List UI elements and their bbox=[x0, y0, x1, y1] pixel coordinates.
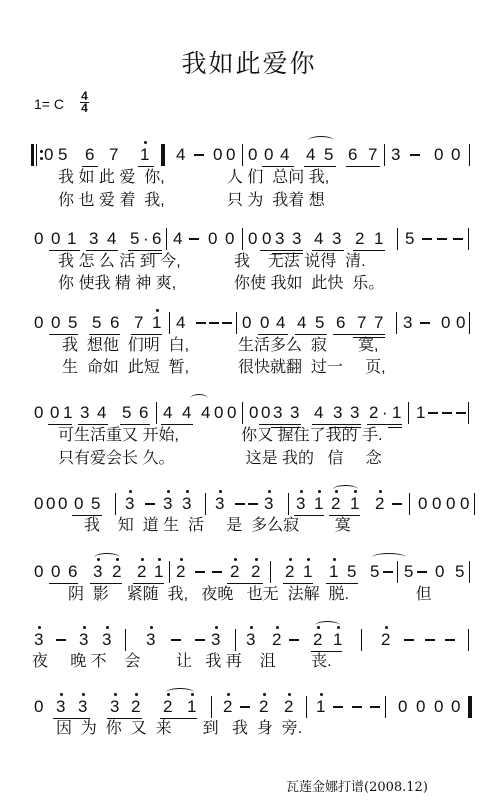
note-high-octave: 2 bbox=[284, 697, 293, 717]
barline bbox=[397, 228, 398, 250]
sustain-dash bbox=[383, 571, 393, 573]
note-high-octave: 1 bbox=[316, 697, 325, 717]
notes-row: 001345·6400003343215 bbox=[0, 229, 498, 251]
note-high-octave: 3 bbox=[182, 494, 191, 514]
barline bbox=[468, 228, 469, 250]
barline bbox=[166, 228, 167, 250]
beam-underline bbox=[90, 583, 122, 584]
beam-underline bbox=[262, 166, 294, 167]
note: 0 bbox=[264, 145, 273, 165]
sustain-dash bbox=[392, 503, 402, 505]
note: 4 bbox=[276, 313, 285, 333]
note: 0 bbox=[208, 229, 217, 249]
note: 6 bbox=[139, 403, 148, 423]
sustain-dash bbox=[56, 639, 66, 641]
notes-row: 056714000044567300 bbox=[0, 145, 498, 167]
barline bbox=[242, 228, 243, 250]
note: 3 bbox=[403, 313, 412, 333]
note: 0 bbox=[261, 403, 270, 423]
beam-underline bbox=[89, 334, 120, 335]
note: 0 bbox=[242, 313, 251, 333]
note: 0 bbox=[213, 145, 222, 165]
tie-arc bbox=[94, 553, 120, 562]
note-high-octave: 2 bbox=[131, 697, 140, 717]
barline bbox=[385, 696, 386, 718]
barline bbox=[361, 629, 362, 651]
note: 0 bbox=[456, 313, 465, 333]
note-high-octave: 1 bbox=[303, 562, 312, 582]
note-high-octave: 3 bbox=[146, 630, 155, 650]
note: 0 bbox=[34, 494, 43, 514]
note: 4 bbox=[314, 229, 323, 249]
time-signature: 4 4 bbox=[80, 91, 89, 114]
note: 0 bbox=[214, 403, 223, 423]
barline bbox=[236, 312, 237, 334]
sustain-dash bbox=[240, 706, 250, 708]
beam-underline bbox=[259, 424, 301, 425]
tie-arc bbox=[372, 553, 406, 562]
note: 5 bbox=[130, 229, 139, 249]
barline bbox=[468, 402, 469, 424]
note-high-octave: 1 bbox=[152, 313, 161, 333]
barline bbox=[474, 493, 475, 515]
note: 0 bbox=[34, 403, 43, 423]
sustain-dash bbox=[352, 706, 362, 708]
sustain-dash bbox=[235, 503, 245, 505]
barline bbox=[288, 493, 289, 515]
note-high-octave: 3 bbox=[211, 630, 220, 650]
beam-underline bbox=[312, 424, 361, 425]
sustain-dash bbox=[212, 571, 222, 573]
note: 3 bbox=[273, 403, 282, 423]
lyric-text: 只有爱会长 久。 这是 我的 信 念 bbox=[58, 449, 382, 469]
barline bbox=[115, 493, 116, 515]
double-barline bbox=[161, 144, 165, 166]
note-high-octave: 2 bbox=[375, 494, 384, 514]
note: 5 bbox=[91, 494, 100, 514]
note-high-octave: 3 bbox=[125, 494, 134, 514]
barline bbox=[242, 144, 243, 166]
sustain-dash bbox=[289, 639, 299, 641]
sustain-dash bbox=[209, 322, 219, 324]
barline bbox=[469, 144, 470, 166]
note-high-octave: 1 bbox=[187, 697, 196, 717]
note: 6 bbox=[348, 145, 357, 165]
note: 0 bbox=[44, 145, 53, 165]
sustain-dash bbox=[195, 571, 205, 573]
sustain-dash bbox=[404, 639, 414, 641]
note: 0 bbox=[248, 229, 257, 249]
note: 7 bbox=[109, 145, 118, 165]
note: 4 bbox=[182, 403, 191, 423]
note-high-octave: 3 bbox=[264, 494, 273, 514]
barline bbox=[397, 561, 398, 583]
note: 0 bbox=[446, 494, 455, 514]
barline bbox=[235, 629, 236, 651]
note: 6 bbox=[85, 145, 94, 165]
note: 4 bbox=[176, 313, 185, 333]
note: 3 bbox=[290, 403, 299, 423]
barline bbox=[384, 144, 385, 166]
note: 1 bbox=[67, 229, 76, 249]
lyric-text: 阴 影 紧随 我, 夜晚 也无 法解 脱. 但 bbox=[68, 585, 432, 605]
note-high-octave: 1 bbox=[140, 145, 149, 165]
note-high-octave: 1 bbox=[154, 562, 163, 582]
beam-underline bbox=[326, 583, 358, 584]
note-high-octave: 2 bbox=[223, 697, 232, 717]
barline bbox=[169, 561, 170, 583]
beam-underline bbox=[138, 166, 154, 167]
sustain-dash bbox=[420, 322, 430, 324]
sustain-dash bbox=[445, 639, 455, 641]
note-high-octave: 2 bbox=[259, 697, 268, 717]
beam-underline bbox=[161, 424, 193, 425]
key-signature: 1= C bbox=[34, 96, 64, 112]
note-high-octave: 3 bbox=[110, 697, 119, 717]
beam-underline bbox=[346, 166, 380, 167]
note: 3 bbox=[275, 229, 284, 249]
barline bbox=[409, 493, 410, 515]
beam-underline bbox=[128, 250, 162, 251]
beam-underline bbox=[120, 424, 150, 425]
beam-underline bbox=[49, 250, 80, 251]
beam-underline bbox=[48, 424, 72, 425]
sustain-dash bbox=[248, 503, 258, 505]
note: 0 bbox=[46, 494, 55, 514]
sustain-dash bbox=[456, 412, 466, 414]
note: 4 bbox=[97, 403, 106, 423]
note: 4 bbox=[163, 403, 172, 423]
barline bbox=[125, 629, 126, 651]
note: 5 bbox=[315, 313, 324, 333]
note: 0 bbox=[51, 313, 60, 333]
note: 4 bbox=[306, 145, 315, 165]
note: 5 bbox=[122, 403, 131, 423]
sustain-dash bbox=[145, 503, 155, 505]
note-high-octave: 2 bbox=[176, 562, 185, 582]
lyric-text: 生 命如 此短 暂, 很快就翻 过一 页, bbox=[62, 358, 386, 378]
note: 0 bbox=[398, 697, 407, 717]
lyric-text: 因 为 你 又 来 到 我 身 旁. bbox=[56, 719, 302, 739]
sustain-dash bbox=[425, 639, 435, 641]
note: 3 bbox=[292, 229, 301, 249]
note: 0 bbox=[434, 145, 443, 165]
note: 0 bbox=[58, 494, 67, 514]
note: 3 bbox=[391, 145, 400, 165]
note: 4 bbox=[314, 403, 323, 423]
sustain-dash bbox=[222, 322, 232, 324]
note: 0 bbox=[262, 229, 271, 249]
sustain-dash bbox=[333, 706, 343, 708]
note: 5 bbox=[455, 562, 464, 582]
note: 3 bbox=[350, 403, 359, 423]
note: 3 bbox=[80, 403, 89, 423]
note-high-octave: 1 bbox=[314, 494, 323, 514]
note: 0 bbox=[34, 313, 43, 333]
tie-arc bbox=[333, 485, 358, 494]
beam-underline bbox=[367, 424, 402, 425]
notes-row: 00134564440000334332·11 bbox=[0, 403, 498, 425]
note: 3 bbox=[89, 229, 98, 249]
note-high-octave: 2 bbox=[313, 630, 322, 650]
barline bbox=[408, 402, 409, 424]
barline bbox=[469, 561, 470, 583]
note: 5 bbox=[324, 145, 333, 165]
song-title: 我如此爱你 bbox=[0, 44, 498, 80]
note-high-octave: 2 bbox=[230, 562, 239, 582]
sustain-dash bbox=[194, 154, 204, 156]
lyric-text: 可生活重又 开始, 你又 握住了我的 手. bbox=[58, 426, 382, 446]
note: 0 bbox=[434, 697, 443, 717]
note: 0 bbox=[51, 229, 60, 249]
note-high-octave: 3 bbox=[34, 630, 43, 650]
note: 0 bbox=[432, 494, 441, 514]
note: 5 bbox=[405, 229, 414, 249]
note: 1 bbox=[374, 229, 383, 249]
note-high-octave: 3 bbox=[102, 630, 111, 650]
notes-row: 006322122221155505 bbox=[0, 562, 498, 584]
note: 0 bbox=[249, 403, 258, 423]
note: 0 bbox=[451, 697, 460, 717]
note: 0 bbox=[248, 145, 257, 165]
beam-underline bbox=[131, 334, 162, 335]
sustain-dash bbox=[428, 412, 438, 414]
note: 0 bbox=[227, 403, 236, 423]
note: 0 bbox=[34, 229, 43, 249]
note: 5 bbox=[68, 313, 77, 333]
note: 6 bbox=[152, 229, 161, 249]
beam-underline bbox=[227, 583, 263, 584]
note: 4 bbox=[173, 229, 182, 249]
note: 0 bbox=[418, 494, 427, 514]
note: 1 bbox=[63, 403, 72, 423]
beam-underline bbox=[49, 583, 78, 584]
tie-arc bbox=[315, 621, 340, 630]
barline bbox=[396, 312, 397, 334]
note-high-octave: 1 bbox=[333, 630, 342, 650]
barline bbox=[211, 696, 212, 718]
notes-row: 0055671400445677300 bbox=[0, 313, 498, 335]
note: 5 bbox=[58, 145, 67, 165]
note: · bbox=[143, 229, 149, 249]
note: · bbox=[382, 403, 388, 423]
note: 7 bbox=[134, 313, 143, 333]
tie-arc bbox=[190, 394, 208, 403]
note: 4 bbox=[107, 229, 116, 249]
sustain-dash bbox=[442, 412, 452, 414]
note-high-octave: 2 bbox=[285, 562, 294, 582]
beam-underline bbox=[133, 583, 164, 584]
note: 3 bbox=[332, 229, 341, 249]
barline bbox=[169, 312, 170, 334]
note: 0 bbox=[74, 494, 83, 514]
barline bbox=[306, 696, 307, 718]
beam-underline bbox=[283, 583, 313, 584]
beam-underline bbox=[304, 166, 336, 167]
note-high-octave: 2 bbox=[251, 562, 260, 582]
note: 2 bbox=[355, 229, 364, 249]
barline bbox=[270, 561, 271, 583]
note-high-octave: 3 bbox=[79, 630, 88, 650]
note-high-octave: 3 bbox=[296, 494, 305, 514]
note: 3 bbox=[333, 403, 342, 423]
beam-underline bbox=[49, 334, 78, 335]
lyric-text: 我 怎 么 活 到 今, 我 无法 说得 清. bbox=[58, 252, 366, 272]
beam-underline bbox=[258, 334, 288, 335]
note: 0 bbox=[441, 313, 450, 333]
beam-underline bbox=[333, 334, 385, 335]
double-barline bbox=[468, 696, 472, 718]
note: 4 bbox=[201, 403, 210, 423]
note: 0 bbox=[50, 403, 59, 423]
sustain-dash bbox=[453, 238, 463, 240]
lyric-text: 夜 晚 不 会 让 我 再 沮 丧. bbox=[32, 652, 332, 672]
lyric-text: 我 知 道 生 活 是 多么寂 寞 bbox=[84, 516, 351, 536]
sustain-dash bbox=[417, 571, 427, 573]
beam-underline bbox=[353, 250, 385, 251]
barline bbox=[205, 493, 206, 515]
note-high-octave: 3 bbox=[93, 562, 102, 582]
barline bbox=[468, 629, 469, 651]
note: 0 bbox=[51, 562, 60, 582]
note-high-octave: 3 bbox=[215, 494, 224, 514]
sustain-dash bbox=[195, 639, 205, 641]
barline bbox=[156, 402, 157, 424]
note: 0 bbox=[416, 697, 425, 717]
note: 5 bbox=[404, 562, 413, 582]
note-high-octave: 3 bbox=[163, 494, 172, 514]
lyric-text: 我 如 此 爱 你, 人 们 总问 我, bbox=[58, 168, 329, 188]
sustain-dash bbox=[171, 639, 181, 641]
notes-row: 3333332212 bbox=[0, 630, 498, 652]
note-high-octave: 1 bbox=[350, 494, 359, 514]
barline bbox=[242, 402, 243, 424]
beam-underline bbox=[78, 424, 108, 425]
sustain-dash bbox=[196, 322, 206, 324]
note: 6 bbox=[110, 313, 119, 333]
note-high-octave: 3 bbox=[246, 630, 255, 650]
note-high-octave: 3 bbox=[56, 697, 65, 717]
transcriber-credit: 瓦莲金娜打谱(2008.12) bbox=[286, 776, 428, 795]
note-high-octave: 2 bbox=[137, 562, 146, 582]
sustain-dash bbox=[437, 238, 447, 240]
note: 0 bbox=[435, 562, 444, 582]
barline bbox=[469, 312, 470, 334]
notes-row: 033322122210000 bbox=[0, 697, 498, 719]
time-signature-bottom: 4 bbox=[81, 101, 88, 115]
beam-underline bbox=[312, 250, 344, 251]
note: 2 bbox=[369, 403, 378, 423]
note: 1 bbox=[392, 403, 401, 423]
beam-underline bbox=[82, 166, 98, 167]
note: 0 bbox=[260, 313, 269, 333]
sustain-dash bbox=[370, 706, 380, 708]
note-high-octave: 2 bbox=[163, 697, 172, 717]
note-high-octave: 2 bbox=[331, 494, 340, 514]
lyric-text: 你 使我 精 神 爽, 你使 我如 此快 乐。 bbox=[58, 274, 384, 294]
beam-underline bbox=[260, 250, 303, 251]
note-high-octave: 1 bbox=[329, 562, 338, 582]
note-high-octave: 2 bbox=[112, 562, 121, 582]
note-high-octave: 2 bbox=[272, 630, 281, 650]
note: 5 bbox=[347, 562, 356, 582]
sustain-dash bbox=[422, 238, 432, 240]
note-high-octave: 3 bbox=[78, 697, 87, 717]
note: 4 bbox=[280, 145, 289, 165]
note: 5 bbox=[92, 313, 101, 333]
sustain-dash bbox=[410, 154, 420, 156]
note: 4 bbox=[176, 145, 185, 165]
note: 7 bbox=[357, 313, 366, 333]
note: 1 bbox=[416, 403, 425, 423]
lyric-text: 我 想他 们明 白, 生活多么 寂 寞, bbox=[62, 336, 378, 356]
note: 6 bbox=[336, 313, 345, 333]
note: 4 bbox=[297, 313, 306, 333]
note-high-octave: 2 bbox=[381, 630, 390, 650]
notes-row: 0000533333312120000 bbox=[0, 494, 498, 516]
tie-arc bbox=[166, 688, 194, 697]
sustain-dash bbox=[189, 238, 199, 240]
beam-underline bbox=[86, 250, 118, 251]
note: 6 bbox=[68, 562, 77, 582]
note: 0 bbox=[34, 697, 43, 717]
lyric-text: 你 也 爱 着 我, 只 为 我着 想 bbox=[58, 191, 325, 211]
note: 0 bbox=[225, 229, 234, 249]
note: 5 bbox=[370, 562, 379, 582]
note: 0 bbox=[460, 494, 469, 514]
note: 7 bbox=[374, 313, 383, 333]
beam-underline bbox=[295, 334, 327, 335]
note: 7 bbox=[368, 145, 377, 165]
note: 0 bbox=[451, 145, 460, 165]
note: 0 bbox=[34, 562, 43, 582]
beam-underline bbox=[388, 427, 402, 428]
note: 0 bbox=[226, 145, 235, 165]
tie-arc bbox=[308, 136, 334, 145]
